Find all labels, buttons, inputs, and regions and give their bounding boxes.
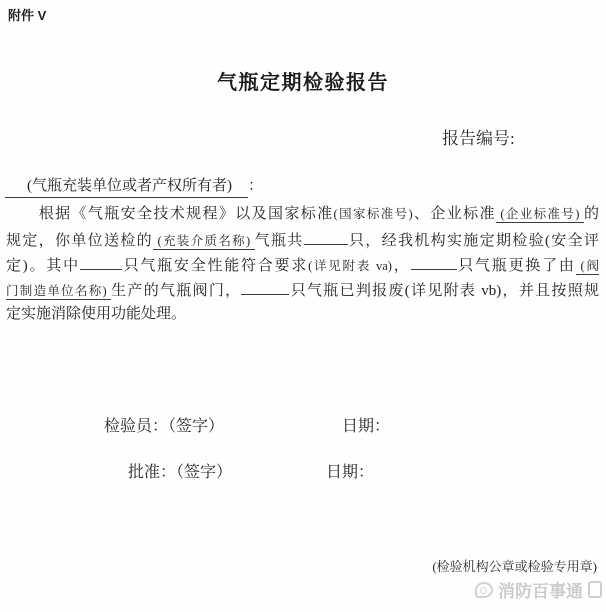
recipient-underline-blank: (气瓶充装单位或者产权所有者) — [5, 174, 248, 198]
paragraph-line: 门制造单位名称) 生产的气瓶阀门，只气瓶已判报废(详见附表 vb)，并且按照规 — [6, 277, 599, 302]
text-segment: (详见附表 va) — [308, 259, 392, 273]
seal-note: (检验机构公章或检验专用章) — [432, 556, 597, 575]
fill-in-blank — [304, 227, 348, 245]
report-number-label: 报告编号: — [442, 124, 515, 149]
recipient-text: (气瓶充装单位或者产权所有者) — [27, 178, 232, 194]
paragraph-line: 根据《气瓶安全技术规程》以及国家标准(国家标准号)、企业标准 (企业标准号) 的 — [6, 202, 599, 227]
fill-in-blank — [411, 252, 457, 270]
text-segment: 规定，你单位送检的 — [6, 233, 153, 249]
text-segment: 只气瓶更换了由 — [457, 258, 576, 274]
text-segment: 气瓶共 — [255, 233, 304, 249]
page-title: 气瓶定期检验报告 — [0, 66, 606, 95]
paragraph-line: 定)。其中只气瓶安全性能符合要求(详见附表 va)，只气瓶更换了由 (阀 — [6, 252, 599, 277]
watermark: 消防百事通 — [475, 577, 602, 602]
text-segment: 生产的气瓶阀门， — [111, 283, 241, 299]
text-segment: 定实施消除使用功能处理。 — [6, 306, 186, 322]
text-segment: 、企业标准 — [413, 206, 496, 222]
text-segment: 定)。其中 — [6, 258, 80, 274]
watermark-text: 消防百事通 — [498, 577, 583, 602]
recipient-colon: ： — [248, 178, 263, 194]
watermark-logo-icon — [475, 582, 493, 598]
report-page: 附件 V 气瓶定期检验报告 报告编号: (气瓶充装单位或者产权所有者)： 根据《… — [0, 0, 606, 612]
fill-in-blank — [241, 277, 289, 295]
body-paragraph: 根据《气瓶安全技术规程》以及国家标准(国家标准号)、企业标准 (企业标准号) 的… — [6, 202, 599, 327]
attachment-label: 附件 V — [8, 5, 46, 24]
paragraph-line: 规定，你单位送检的 (充装介质名称) 气瓶共只，经我机构实施定期检验(安全评 — [6, 227, 599, 252]
recipient-line: (气瓶充装单位或者产权所有者)： — [5, 174, 263, 198]
text-segment: 根据《气瓶安全技术规程》以及国家标准 — [6, 206, 334, 222]
approver-sign-label: 批准：（签字） — [128, 459, 232, 482]
text-segment: (国家标准号) — [334, 207, 413, 221]
watermark-phone-icon — [588, 581, 602, 598]
text-segment: 只气瓶已判报废(详见附表 vb)，并且按照规 — [289, 283, 599, 299]
text-segment: 只气瓶安全性能符合要求 — [122, 258, 308, 274]
text-segment: (充装介质名称) — [153, 234, 255, 250]
approver-date-label: 日期： — [326, 459, 374, 482]
text-segment: (企业标准号) — [496, 207, 584, 223]
text-segment: 的 — [584, 206, 599, 222]
fill-in-blank — [80, 252, 122, 270]
text-segment: 门制造单位名称) — [6, 284, 111, 300]
paragraph-line: 定实施消除使用功能处理。 — [6, 302, 599, 327]
text-segment: (阀 — [576, 259, 599, 275]
inspector-sign-label: 检验员：（签字） — [104, 413, 224, 436]
text-segment: 只，经我机构实施定期检验(安全评 — [348, 233, 599, 249]
inspector-date-label: 日期： — [342, 413, 390, 436]
text-segment: ， — [392, 258, 411, 274]
